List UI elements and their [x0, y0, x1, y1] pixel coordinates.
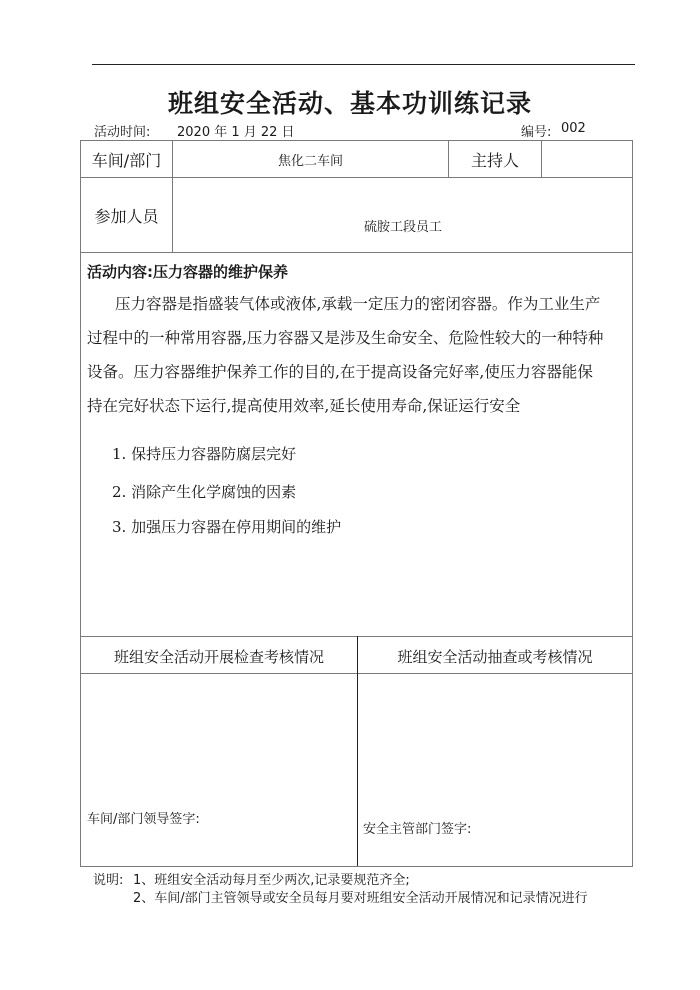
notes-prefix: 说明:	[93, 869, 123, 888]
participants-label: 参加人员	[81, 204, 172, 227]
table-border-bottom	[80, 866, 633, 867]
paragraph-line: 持在完好状态下运行,提高使用效率,延长使用寿命,保证运行安全	[87, 389, 627, 423]
note-item: 1、班组安全活动每月至少两次,记录要规范齐全;	[133, 869, 410, 888]
activity-time-label: 活动时间:	[94, 121, 150, 140]
serial-value: 002	[561, 121, 586, 136]
paragraph-line: 压力容器是指盛装气体或液体,承载一定压力的密闭容器。作为工业生产	[87, 287, 627, 321]
paragraph-line: 设备。压力容器维护保养工作的目的,在于提高设备完好率,使压力容器能保	[87, 355, 627, 389]
col-divider	[357, 636, 358, 866]
list-item: 1. 保持压力容器防腐层完好	[112, 443, 296, 464]
left-signature-label: 车间/部门领导签字:	[87, 808, 200, 827]
content-paragraph: 压力容器是指盛装气体或液体,承载一定压力的密闭容器。作为工业生产 过程中的一种常…	[87, 287, 627, 423]
host-label: 主持人	[449, 148, 541, 171]
serial-label: 编号:	[521, 121, 551, 140]
workshop-value[interactable]: 焦化二车间	[173, 150, 448, 169]
content-heading: 活动内容:压力容器的维护保养	[87, 261, 288, 282]
table-border-left	[80, 140, 81, 867]
header-rule	[92, 64, 635, 65]
list-item: 2. 消除产生化学腐蚀的因素	[112, 481, 296, 502]
check-left-header: 班组安全活动开展检查考核情况	[81, 646, 357, 667]
row-divider	[80, 177, 633, 178]
col-divider	[541, 140, 542, 177]
row-divider	[80, 252, 633, 253]
check-right-header: 班组安全活动抽查或考核情况	[358, 646, 632, 667]
right-signature-label: 安全主管部门签字:	[363, 818, 471, 837]
participants-value[interactable]: 硫胺工段员工	[173, 216, 633, 235]
table-border-right	[632, 140, 633, 867]
activity-time-value: 2020 年 1 月 22 日	[177, 121, 295, 140]
table-border-top	[80, 140, 633, 141]
note-item: 2、车间/部门主管领导或安全员每月要对班组安全活动开展情况和记录情况进行	[133, 887, 588, 906]
document-title: 班组安全活动、基本功训练记录	[0, 84, 700, 120]
list-item: 3. 加强压力容器在停用期间的维护	[112, 516, 341, 537]
workshop-label: 车间/部门	[81, 148, 172, 171]
paragraph-line: 过程中的一种常用容器,压力容器又是涉及生命安全、危险性较大的一种特种	[87, 321, 627, 355]
